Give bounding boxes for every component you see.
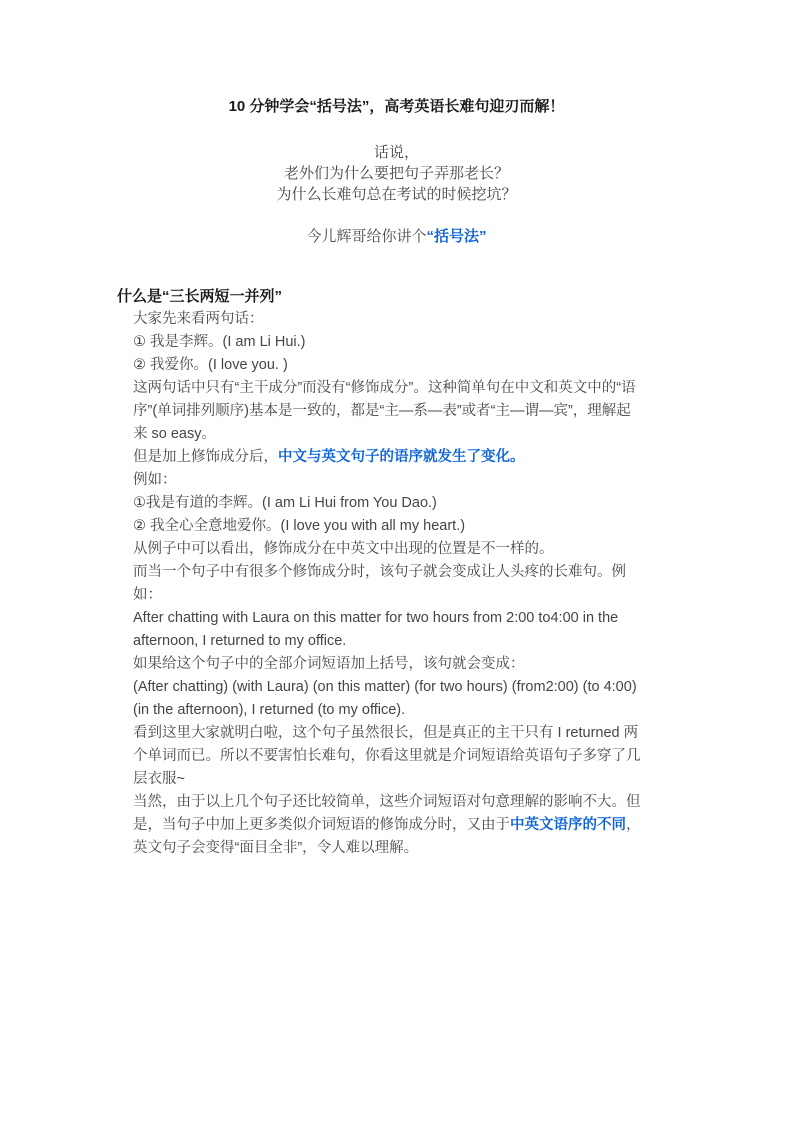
long-sentence-english: After chatting with Laura on this matter… xyxy=(133,607,645,653)
paragraph-bracketed-example: 如果给这个句子中的全部介词短语加上括号，该句就会变成：(After chatti… xyxy=(133,653,645,722)
paragraph-long-sentence-example: 而当一个句子中有很多个修饰成分时，该句子就会变成让人头疼的长难句。例如：Afte… xyxy=(133,561,645,653)
intro-line-4: 今儿辉哥给你讲个“括号法” xyxy=(0,226,793,247)
intro-line-1: 话说， xyxy=(0,142,793,163)
example-sentence-1: ① 我是李辉。(I am Li Hui.) xyxy=(133,331,645,354)
paragraph-main-clause-explain: 看到这里大家就明白啦，这个句子虽然很长，但是真正的主干只有 I returned… xyxy=(133,722,645,791)
long-sentence-intro-cn: 而当一个句子中有很多个修饰成分时，该句子就会变成让人头疼的长难句。例如： xyxy=(133,564,626,603)
paragraph-modifier-position: 从例子中可以看出，修饰成分在中英文中出现的位置是不一样的。 xyxy=(133,538,645,561)
paragraph-lead-in: 大家先来看两句话： xyxy=(133,308,645,331)
paragraph-word-order-prefix: 但是加上修饰成分后， xyxy=(133,449,278,465)
intro-line-3: 为什么长难句总在考试的时候挖坑？ xyxy=(0,184,793,205)
intro-block: 话说， 老外们为什么要把句子弄那老长？ 为什么长难句总在考试的时候挖坑？ 今儿辉… xyxy=(0,142,793,247)
paragraph-conclusion: 当然，由于以上几个句子还比较简单，这些介词短语对句意理解的影响不大。但是，当句子… xyxy=(133,791,645,860)
example-sentence-3: ①我是有道的李辉。(I am Li Hui from You Dao.) xyxy=(133,492,645,515)
paragraph-word-order-change: 但是加上修饰成分后，中文与英文句子的语序就发生了变化。例如： xyxy=(133,446,645,492)
paragraph-simple-sentences: 这两句话中只有“主干成分”而没有“修饰成分”。这种简单句在中文和英文中的“语序”… xyxy=(133,377,645,446)
example-sentence-2: ② 我爱你。(I love you. ) xyxy=(133,354,645,377)
word-order-difference-highlight: 中英文语序的不同 xyxy=(510,817,626,833)
bracketed-intro-cn: 如果给这个句子中的全部介词短语加上括号，该句就会变成： xyxy=(133,656,525,672)
intro-line-2: 老外们为什么要把句子弄那老长？ xyxy=(0,163,793,184)
for-example-label: 例如： xyxy=(133,469,645,492)
document-title: 10 分钟学会“括号法”，高考英语长难句迎刃而解！ xyxy=(0,0,793,118)
content-body: 大家先来看两句话： ① 我是李辉。(I am Li Hui.) ② 我爱你。(I… xyxy=(133,308,645,860)
document-page: 10 分钟学会“括号法”，高考英语长难句迎刃而解！ 话说， 老外们为什么要把句子… xyxy=(0,0,793,1122)
bracketed-english: (After chatting) (with Laura) (on this m… xyxy=(133,676,645,722)
intro-line-4-text: 今儿辉哥给你讲个 xyxy=(306,228,426,245)
method-name-highlight: “括号法” xyxy=(427,228,487,245)
section-heading: 什么是“三长两短一并列” xyxy=(117,286,793,308)
word-order-highlight: 中文与英文句子的语序就发生了变化。 xyxy=(278,449,525,465)
example-sentence-4: ② 我全心全意地爱你。(I love you with all my heart… xyxy=(133,515,645,538)
